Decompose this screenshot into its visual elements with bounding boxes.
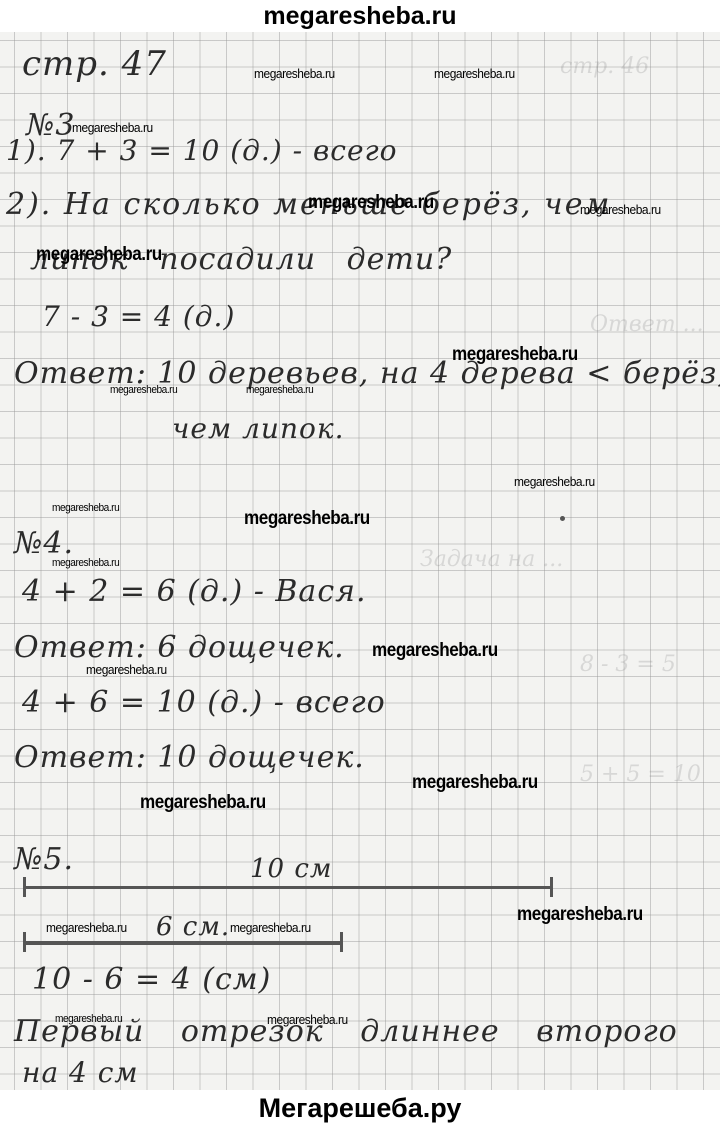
watermark: megaresheba.ru: [52, 557, 119, 569]
watermark: megaresheba.ru: [110, 384, 177, 396]
watermark: megaresheba.ru: [246, 384, 313, 396]
segment-10cm-label: 10 см: [250, 854, 332, 884]
watermark: megaresheba.ru: [254, 66, 335, 81]
watermark: megaresheba.ru: [412, 772, 538, 794]
task-4-line-2: 4 + 6 = 10 (д.) - всего: [22, 685, 386, 720]
task-5-line-1: 10 - 6 = 4 (см): [32, 962, 271, 997]
watermark: megaresheba.ru: [140, 792, 266, 814]
watermark: megaresheba.ru: [308, 192, 434, 214]
task-5-answer-cont: на 4 см: [22, 1056, 139, 1089]
watermark: megaresheba.ru: [580, 202, 661, 217]
watermark: megaresheba.ru: [514, 474, 595, 489]
page-label: стр. 47: [22, 44, 167, 84]
watermark: megaresheba.ru: [46, 920, 127, 935]
watermark: megaresheba.ru: [517, 904, 643, 926]
ink-dot: [560, 516, 565, 521]
watermark: megaresheba.ru: [52, 502, 119, 514]
task-3-line-1: 1). 7 + 3 = 10 (д.) - всего: [6, 134, 398, 167]
watermark: megaresheba.ru: [434, 66, 515, 81]
watermark: megaresheba.ru: [36, 244, 162, 266]
task-5-number: №5.: [14, 842, 74, 877]
task-3-line-4: 7 - 3 = 4 (д.): [42, 300, 235, 333]
task-4-answer-1: Ответ: 6 дощечек.: [14, 630, 345, 665]
site-footer[interactable]: Мегарешеба.ру: [0, 1090, 720, 1127]
segment-6cm-label: 6 см.: [156, 912, 230, 942]
watermark: megaresheba.ru: [230, 920, 311, 935]
watermark: megaresheba.ru: [372, 640, 498, 662]
task-4-line-1: 4 + 2 = 6 (д.) - Вася.: [22, 574, 367, 609]
task-3-answer-cont: чем липок.: [172, 412, 344, 445]
task-4-answer-2: Ответ: 10 дощечек.: [14, 740, 365, 775]
watermark: megaresheba.ru: [452, 344, 578, 366]
segment-10cm: [24, 886, 552, 889]
task-4-number: №4.: [14, 526, 74, 561]
watermark: megaresheba.ru: [72, 120, 153, 135]
watermark: megaresheba.ru: [244, 508, 370, 530]
watermark: megaresheba.ru: [55, 1013, 122, 1025]
watermark: megaresheba.ru: [86, 662, 167, 677]
watermark: megaresheba.ru: [267, 1012, 348, 1027]
site-header[interactable]: megaresheba.ru: [0, 0, 720, 32]
